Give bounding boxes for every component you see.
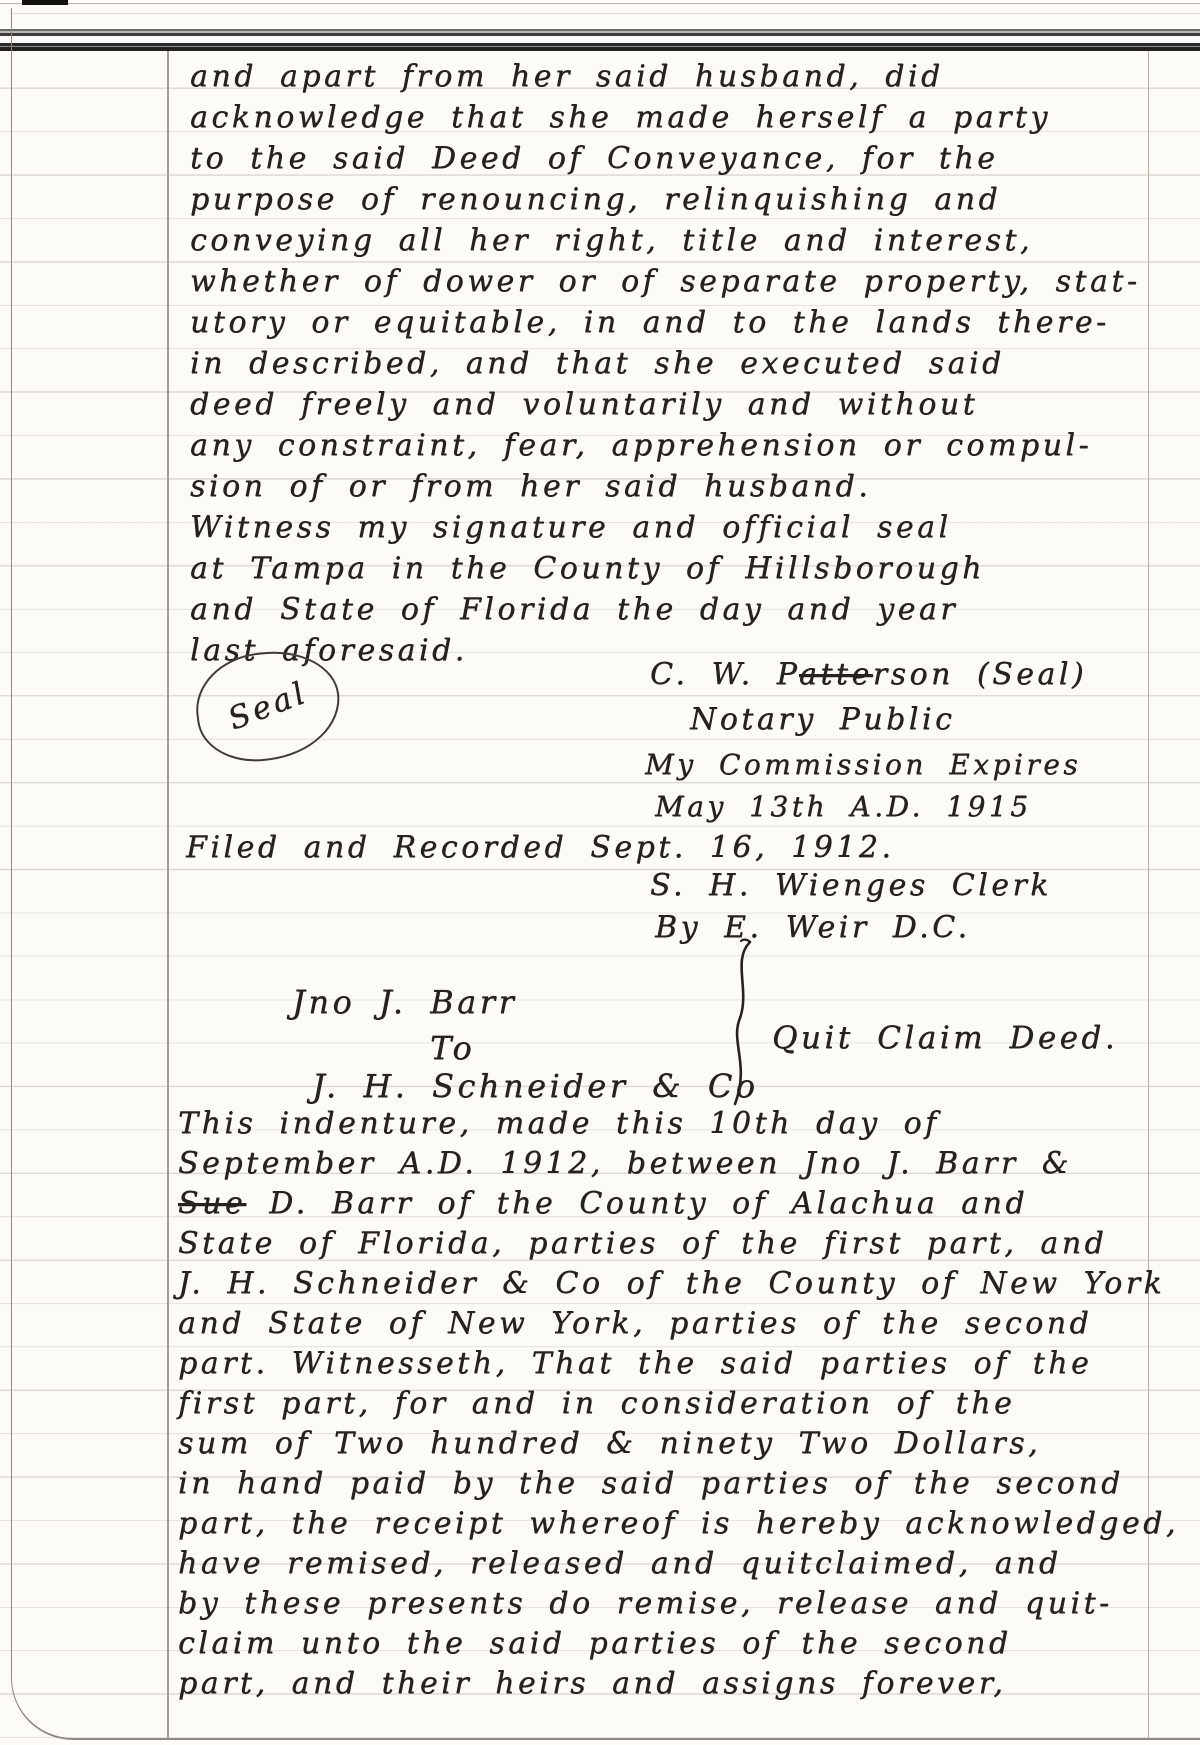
handwritten-line: State of Florida, parties of the first p… — [178, 1224, 1179, 1264]
handwritten-line: and State of Florida the day and year — [190, 589, 1141, 630]
top-edge-line — [0, 3, 1200, 4]
handwritten-line: claim unto the said parties of the secon… — [178, 1624, 1179, 1664]
handwritten-line: have remised, released and quitclaimed, … — [178, 1544, 1179, 1584]
deputy-clerk-signature: By E. Weir D.C. — [655, 908, 971, 948]
filed-recorded-line: Filed and Recorded Sept. 16, 1912. — [186, 828, 894, 868]
clerk-signature: S. H. Wienges Clerk — [650, 866, 1052, 906]
handwritten-line: to the said Deed of Conveyance, for the — [190, 138, 1141, 179]
notary-signature: C. W. Patterson (Seal) — [650, 655, 1087, 695]
handwritten-line: in described, and that she executed said — [190, 343, 1141, 384]
handwritten-line: Witness my signature and official seal — [190, 507, 1141, 548]
handwritten-line: and State of New York, parties of the se… — [178, 1304, 1179, 1344]
instrument-type-label: Quit Claim Deed. — [772, 1018, 1118, 1058]
handwritten-line: by these presents do remise, release and… — [178, 1584, 1179, 1624]
handwritten-line: in hand paid by the said parties of the … — [178, 1464, 1179, 1504]
struck-word: Sue — [178, 1186, 246, 1221]
notary-title: Notary Public — [690, 700, 955, 740]
handwritten-line: at Tampa in the County of Hillsborough — [190, 548, 1141, 589]
scan-artifact-mark — [22, 0, 68, 5]
commission-expires-line: My Commission Expires — [645, 745, 1081, 785]
handwritten-line: sion of or from her said husband. — [190, 466, 1141, 507]
handwritten-line: This indenture, made this 10th day of — [178, 1104, 1179, 1144]
brace-icon — [720, 938, 760, 1110]
handwritten-line: part, and their heirs and assigns foreve… — [178, 1664, 1179, 1704]
handwritten-line: part. Witnesseth, That the said parties … — [178, 1344, 1179, 1384]
ledger-page: and apart from her said husband, did ack… — [0, 0, 1200, 1745]
to-label: To — [430, 1028, 475, 1068]
handwritten-line: J. H. Schneider & Co of the County of Ne… — [178, 1264, 1179, 1304]
signature-part: C. W. P — [650, 657, 799, 692]
handwritten-line: sum of Two hundred & ninety Two Dollars, — [178, 1424, 1179, 1464]
handwritten-line: and apart from her said husband, did — [190, 56, 1141, 97]
signature-strikethrough: atte — [799, 657, 873, 692]
left-margin-rule — [167, 51, 169, 1738]
seal-label: Seal — [223, 675, 312, 738]
handwritten-line: any constraint, fear, apprehension or co… — [190, 425, 1141, 466]
commission-date-line: May 13th A.D. 1915 — [655, 787, 1032, 827]
grantee-name: J. H. Schneider & Co — [312, 1066, 758, 1106]
handwritten-line: part, the receipt whereof is hereby ackn… — [178, 1504, 1179, 1544]
handwritten-line: deed freely and voluntarily and without — [190, 384, 1141, 425]
handwritten-line: September A.D. 1912, between Jno J. Barr… — [178, 1144, 1179, 1184]
handwritten-line: acknowledge that she made herself a part… — [190, 97, 1141, 138]
handwritten-line: first part, for and in consideration of … — [178, 1384, 1179, 1424]
handwritten-line: purpose of renouncing, relinquishing and — [190, 179, 1141, 220]
acknowledgment-paragraph: and apart from her said husband, did ack… — [190, 56, 1141, 671]
handwritten-line: conveying all her right, title and inter… — [190, 220, 1141, 261]
line-remainder: D. Barr of the County of Alachua and — [246, 1186, 1028, 1221]
handwritten-line: Sue D. Barr of the County of Alachua and — [178, 1184, 1179, 1224]
grantor-name: Jno J. Barr — [292, 982, 517, 1022]
handwritten-line: utory or equitable, in and to the lands … — [190, 302, 1141, 343]
handwritten-line: whether of dower or of separate property… — [190, 261, 1141, 302]
deed-body-paragraph: This indenture, made this 10th day of Se… — [178, 1104, 1179, 1704]
signature-part: rson (Seal) — [873, 657, 1087, 692]
